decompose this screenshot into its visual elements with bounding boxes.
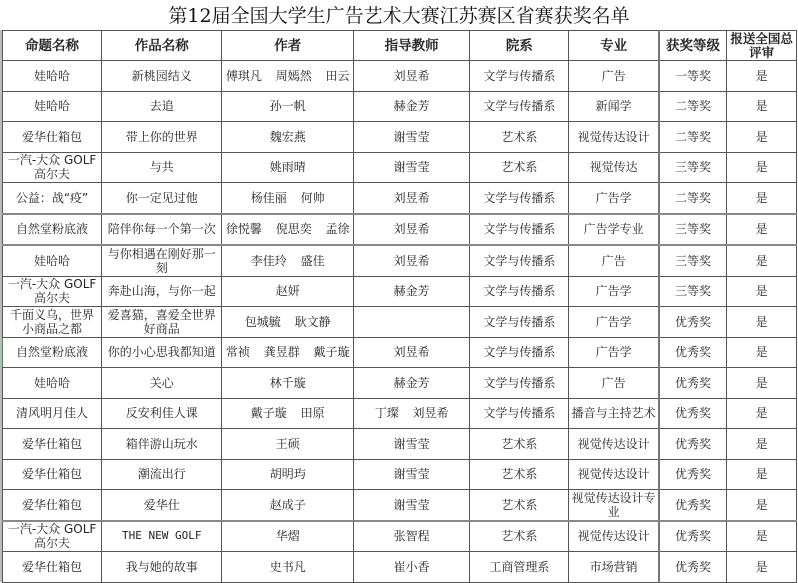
cell-authors[interactable]: 杨佳丽 何帅 [222,183,353,214]
cell-work[interactable]: 你一定见过他 [102,183,222,214]
cell-advisor[interactable]: 谢雪莹 [353,490,469,521]
cell-advisor[interactable]: 刘昱希 [353,337,469,368]
table-row: 自然堂粉底液陪伴你每一个第一次徐悦馨 倪思奕 孟徐刘昱希文学与传播系广告学专业三… [3,214,797,246]
cell-dept[interactable]: 文学与传播系 [470,61,569,92]
cell-major[interactable]: 视觉传达设计 [569,429,659,460]
cell-award[interactable]: 二等奖 [659,91,727,122]
cell-advisor[interactable]: 谢雪莹 [353,459,469,490]
header-dept[interactable]: 院系 [470,31,569,61]
cell-award[interactable]: 二等奖 [659,122,727,153]
cell-advisor[interactable]: 刘昱希 [353,183,469,214]
cell-national[interactable]: 是 [727,552,797,583]
cell-dept[interactable]: 文学与传播系 [470,183,569,214]
cell-major[interactable]: 广告学 [569,337,659,368]
table-row: 娃哈哈去追孙一帆赫金芳文学与传播系新闻学二等奖是 [3,91,797,122]
cell-award[interactable]: 三等奖 [659,214,727,246]
cell-dept[interactable]: 文学与传播系 [470,307,569,338]
cell-topic[interactable]: 爱华仕箱包 [3,122,102,153]
header-work[interactable]: 作品名称 [102,31,222,61]
cell-advisor[interactable]: 刘昱希 [353,61,469,92]
cell-advisor[interactable]: 谢雪莹 [353,429,469,460]
cell-national[interactable]: 是 [727,490,797,521]
cell-topic[interactable]: 一汽-大众 GOLF 高尔夫 [3,521,102,552]
cell-major[interactable]: 广告学专业 [569,214,659,246]
cell-national[interactable]: 是 [727,521,797,552]
cell-work[interactable]: 潮流出行 [102,459,222,490]
cell-work[interactable]: THE NEW GOLF [102,521,222,552]
cell-advisor[interactable]: 谢雪莹 [353,152,469,183]
cell-major[interactable]: 广告 [569,368,659,399]
table-row: 一汽-大众 GOLF 高尔夫奔赴山海，与你一起赵妍赫金芳文学与传播系广告学三等奖… [3,276,797,307]
cell-major[interactable]: 市场营销 [569,552,659,583]
cell-work[interactable]: 与你相遇在刚好那一刻 [102,245,222,276]
table-row: 公益：战“疫”你一定见过他杨佳丽 何帅刘昱希文学与传播系广告学二等奖是 [3,183,797,214]
cell-award[interactable]: 优秀奖 [659,521,727,552]
cell-topic[interactable]: 一汽-大众 GOLF 高尔夫 [3,276,102,307]
cell-authors[interactable]: 魏宏燕 [222,122,353,153]
cell-topic[interactable]: 自然堂粉底液 [3,337,102,368]
award-table: 命题名称 作品名称 作者 指导教师 院系 专业 获奖等级 报送全国总评审 娃哈哈… [2,30,797,582]
cell-authors[interactable]: 常祯 龚昱群 戴子璇 [222,337,353,368]
cell-authors[interactable]: 李佳玲 盛佳 [222,245,353,276]
cell-advisor[interactable]: 赫金芳 [353,368,469,399]
cell-advisor[interactable]: 刘昱希 [353,245,469,276]
cell-work[interactable]: 奔赴山海，与你一起 [102,276,222,307]
cell-award[interactable]: 一等奖 [659,61,727,92]
cell-award[interactable]: 优秀奖 [659,368,727,399]
cell-topic[interactable]: 娃哈哈 [3,368,102,399]
cell-dept[interactable]: 艺术系 [470,490,569,521]
cell-topic[interactable]: 娃哈哈 [3,245,102,276]
cell-major[interactable]: 广告 [569,245,659,276]
cell-national[interactable]: 是 [727,429,797,460]
cell-national[interactable]: 是 [727,337,797,368]
cell-major[interactable]: 广告学 [569,307,659,338]
cell-major[interactable]: 广告学 [569,276,659,307]
cell-topic[interactable]: 爱华仕箱包 [3,552,102,583]
cell-dept[interactable]: 艺术系 [470,521,569,552]
table-row: 娃哈哈关心林千璇赫金芳文学与传播系广告优秀奖是 [3,368,797,399]
cell-dept[interactable]: 艺术系 [470,152,569,183]
cell-topic[interactable]: 公益：战“疫” [3,183,102,214]
cell-national[interactable]: 是 [727,459,797,490]
cell-award[interactable]: 优秀奖 [659,307,727,338]
cell-national[interactable]: 是 [727,307,797,338]
cell-topic[interactable]: 清风明月佳人 [3,398,102,429]
cell-award[interactable]: 优秀奖 [659,429,727,460]
cell-dept[interactable]: 艺术系 [470,122,569,153]
header-award[interactable]: 获奖等级 [659,31,727,61]
cell-authors[interactable]: 赵妍 [222,276,353,307]
cell-major[interactable]: 视觉传达设计专业 [569,490,659,521]
cell-topic[interactable]: 一汽-大众 GOLF 高尔夫 [3,152,102,183]
cell-advisor[interactable]: 崔小香 [353,552,469,583]
cell-dept[interactable]: 工商管理系 [470,552,569,583]
cell-topic[interactable]: 娃哈哈 [3,91,102,122]
table-row: 娃哈哈与你相遇在刚好那一刻李佳玲 盛佳刘昱希文学与传播系广告三等奖是 [3,245,797,276]
cell-topic[interactable]: 爱华仕箱包 [3,459,102,490]
cell-authors[interactable]: 胡明玙 [222,459,353,490]
cell-dept[interactable]: 文学与传播系 [470,214,569,246]
table-row: 爱华仕箱包我与她的故事史书凡崔小香工商管理系市场营销优秀奖是 [3,552,797,583]
header-topic[interactable]: 命题名称 [3,31,102,61]
cell-dept[interactable]: 文学与传播系 [470,276,569,307]
cell-work[interactable]: 箱伴游山玩水 [102,429,222,460]
cell-topic[interactable]: 自然堂粉底液 [3,214,102,246]
cell-work[interactable]: 爱喜猫，喜爱全世界好商品 [102,307,222,338]
table-row: 一汽-大众 GOLF 高尔夫与共姚雨晴谢雪莹艺术系视觉传达三等奖是 [3,152,797,183]
cell-national[interactable]: 是 [727,214,797,246]
cell-award[interactable]: 三等奖 [659,276,727,307]
cell-work[interactable]: 去追 [102,91,222,122]
cell-award[interactable]: 优秀奖 [659,552,727,583]
table-row: 千面义乌，世界小商品之都爱喜猫，喜爱全世界好商品包城毓 耿文静文学与传播系广告学… [3,307,797,338]
cell-work[interactable]: 带上你的世界 [102,122,222,153]
cell-dept[interactable]: 文学与传播系 [470,245,569,276]
cell-authors[interactable]: 华熠 [222,521,353,552]
table-row: 一汽-大众 GOLF 高尔夫THE NEW GOLF华熠张智程艺术系视觉传达设计… [3,521,797,552]
cell-authors[interactable]: 林千璇 [222,368,353,399]
cell-major[interactable]: 广告 [569,61,659,92]
cell-major[interactable]: 播音与主持艺术 [569,398,659,429]
cell-authors[interactable]: 姚雨晴 [222,152,353,183]
cell-work[interactable]: 关心 [102,368,222,399]
cell-advisor[interactable]: 谢雪莹 [353,122,469,153]
cell-advisor[interactable]: 丁璨 刘昱希 [353,398,469,429]
cell-dept[interactable]: 文学与传播系 [470,91,569,122]
table-row: 自然堂粉底液你的小心思我都知道常祯 龚昱群 戴子璇刘昱希文学与传播系广告学优秀奖… [3,337,797,368]
cell-authors[interactable]: 徐悦馨 倪思奕 孟徐 [222,214,353,246]
cell-authors[interactable]: 王硕 [222,429,353,460]
cell-topic[interactable]: 娃哈哈 [3,61,102,92]
cell-authors[interactable]: 孙一帆 [222,91,353,122]
cell-national[interactable]: 是 [727,276,797,307]
cell-work[interactable]: 我与她的故事 [102,552,222,583]
cell-award[interactable]: 优秀奖 [659,459,727,490]
table-header-row: 命题名称 作品名称 作者 指导教师 院系 专业 获奖等级 报送全国总评审 [3,31,797,61]
cell-award[interactable]: 优秀奖 [659,490,727,521]
cell-work[interactable]: 爱华仕 [102,490,222,521]
cell-award[interactable]: 三等奖 [659,245,727,276]
cell-dept[interactable]: 文学与传播系 [470,368,569,399]
cell-authors[interactable]: 戴子璇 田原 [222,398,353,429]
cell-national[interactable]: 是 [727,122,797,153]
cell-national[interactable]: 是 [727,183,797,214]
table-row: 爱华仕箱包潮流出行胡明玙谢雪莹艺术系视觉传达设计优秀奖是 [3,459,797,490]
header-authors[interactable]: 作者 [222,31,353,61]
cell-major[interactable]: 视觉传达 [569,152,659,183]
cell-topic[interactable]: 千面义乌，世界小商品之都 [3,307,102,338]
cell-major[interactable]: 视觉传达设计 [569,521,659,552]
cell-topic[interactable]: 爱华仕箱包 [3,429,102,460]
cell-award[interactable]: 优秀奖 [659,398,727,429]
cell-award[interactable]: 二等奖 [659,183,727,214]
cell-advisor[interactable]: 刘昱希 [353,214,469,246]
cell-work[interactable]: 你的小心思我都知道 [102,337,222,368]
cell-major[interactable]: 新闻学 [569,91,659,122]
table-row: 娃哈哈新桃园结义傅琪凡 周嫣然 田云刘昱希文学与传播系广告一等奖是 [3,61,797,92]
cell-award[interactable]: 三等奖 [659,152,727,183]
cell-national[interactable]: 是 [727,91,797,122]
cell-advisor[interactable]: 赫金芳 [353,276,469,307]
cell-award[interactable]: 优秀奖 [659,337,727,368]
spreadsheet-sheet: 第12届全国大学生广告艺术大赛江苏赛区省赛获奖名单 命题名称 作品名称 作者 指… [0,0,798,582]
cell-major[interactable]: 视觉传达设计 [569,122,659,153]
cell-work[interactable]: 陪伴你每一个第一次 [102,214,222,246]
header-advisor[interactable]: 指导教师 [353,31,469,61]
cell-major[interactable]: 广告学 [569,183,659,214]
cell-work[interactable]: 反安利佳人课 [102,398,222,429]
cell-authors[interactable]: 包城毓 耿文静 [222,307,353,338]
cell-work[interactable]: 新桃园结义 [102,61,222,92]
cell-dept[interactable]: 文学与传播系 [470,337,569,368]
cell-authors[interactable]: 赵成子 [222,490,353,521]
cell-work[interactable]: 与共 [102,152,222,183]
cell-national[interactable]: 是 [727,398,797,429]
cell-authors[interactable]: 史书凡 [222,552,353,583]
table-row: 爱华仕箱包爱华仕赵成子谢雪莹艺术系视觉传达设计专业优秀奖是 [3,490,797,521]
cell-major[interactable]: 视觉传达设计 [569,459,659,490]
cell-dept[interactable]: 文学与传播系 [470,398,569,429]
table-row: 爱华仕箱包箱伴游山玩水王硕谢雪莹艺术系视觉传达设计优秀奖是 [3,429,797,460]
cell-topic[interactable]: 爱华仕箱包 [3,490,102,521]
cell-national[interactable]: 是 [727,152,797,183]
cell-dept[interactable]: 艺术系 [470,459,569,490]
header-major[interactable]: 专业 [569,31,659,61]
table-row: 爱华仕箱包带上你的世界魏宏燕谢雪莹艺术系视觉传达设计二等奖是 [3,122,797,153]
cell-dept[interactable]: 艺术系 [470,429,569,460]
cell-national[interactable]: 是 [727,61,797,92]
header-national[interactable]: 报送全国总评审 [727,31,797,61]
table-row: 清风明月佳人反安利佳人课戴子璇 田原丁璨 刘昱希文学与传播系播音与主持艺术优秀奖… [3,398,797,429]
cell-national[interactable]: 是 [727,368,797,399]
cell-advisor[interactable]: 张智程 [353,521,469,552]
cell-advisor[interactable] [353,307,469,338]
cell-advisor[interactable]: 赫金芳 [353,91,469,122]
sheet-title: 第12届全国大学生广告艺术大赛江苏赛区省赛获奖名单 [0,0,798,30]
cell-national[interactable]: 是 [727,245,797,276]
cell-authors[interactable]: 傅琪凡 周嫣然 田云 [222,61,353,92]
